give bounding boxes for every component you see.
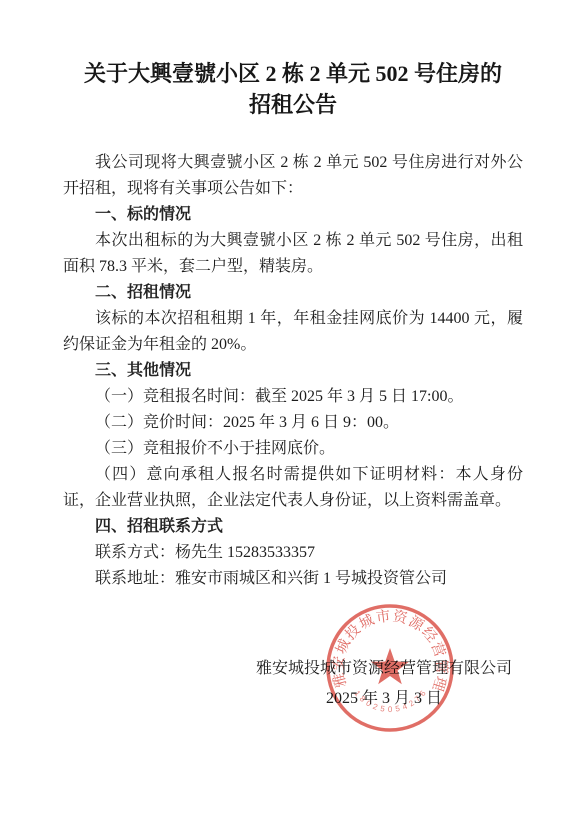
intro-paragraph: 我公司现将大興壹號小区 2 栋 2 单元 502 号住房进行对外公开招租，现将有… — [63, 150, 523, 202]
paragraph: 该标的本次招租租期 1 年，年租金挂网底价为 14400 元，履约保证金为年租金… — [63, 306, 523, 358]
list-item: （四）意向承租人报名时需提供如下证明材料：本人身份证，企业营业执照，企业法定代表… — [63, 462, 523, 514]
contact-address-line: 联系地址：雅安市雨城区和兴街 1 号城投资管公司 — [63, 566, 523, 592]
section-heading: 三、其他情况 — [63, 358, 523, 384]
announcement-page: 关于大興壹號小区 2 栋 2 单元 502 号住房的招租公告 我公司现将大興壹號… — [0, 0, 585, 830]
title-line-1: 关于大興壹號小区 2 栋 2 单元 502 号住房的 — [84, 61, 502, 86]
signature-block: 雅安城投城市资源经营管理有限公司 2025 年 3 月 3 日 — [256, 656, 512, 712]
document-title: 关于大興壹號小区 2 栋 2 单元 502 号住房的招租公告 — [63, 58, 523, 120]
signature-date: 2025 年 3 月 3 日 — [256, 686, 512, 712]
section-contact: 四、招租联系方式 联系方式：杨先生 15283533357 联系地址：雅安市雨城… — [63, 514, 523, 592]
signature-company: 雅安城投城市资源经营管理有限公司 — [256, 656, 512, 682]
section-subject: 一、标的情况 本次出租标的为大興壹號小区 2 栋 2 单元 502 号住房，出租… — [63, 202, 523, 280]
contact-phone-line: 联系方式：杨先生 15283533357 — [63, 540, 523, 566]
list-item: （三）竞租报价不小于挂网底价。 — [63, 436, 523, 462]
list-item: （二）竞价时间：2025 年 3 月 6 日 9：00。 — [63, 410, 523, 436]
section-heading: 二、招租情况 — [63, 280, 523, 306]
paragraph: 本次出租标的为大興壹號小区 2 栋 2 单元 502 号住房，出租面积 78.3… — [63, 228, 523, 280]
section-leasing: 二、招租情况 该标的本次招租租期 1 年，年租金挂网底价为 14400 元，履约… — [63, 280, 523, 358]
list-item: （一）竞租报名时间：截至 2025 年 3 月 5 日 17:00。 — [63, 384, 523, 410]
section-other: 三、其他情况 （一）竞租报名时间：截至 2025 年 3 月 5 日 17:00… — [63, 358, 523, 514]
section-heading: 一、标的情况 — [63, 202, 523, 228]
section-heading: 四、招租联系方式 — [63, 514, 523, 540]
title-line-2: 招租公告 — [249, 92, 337, 117]
